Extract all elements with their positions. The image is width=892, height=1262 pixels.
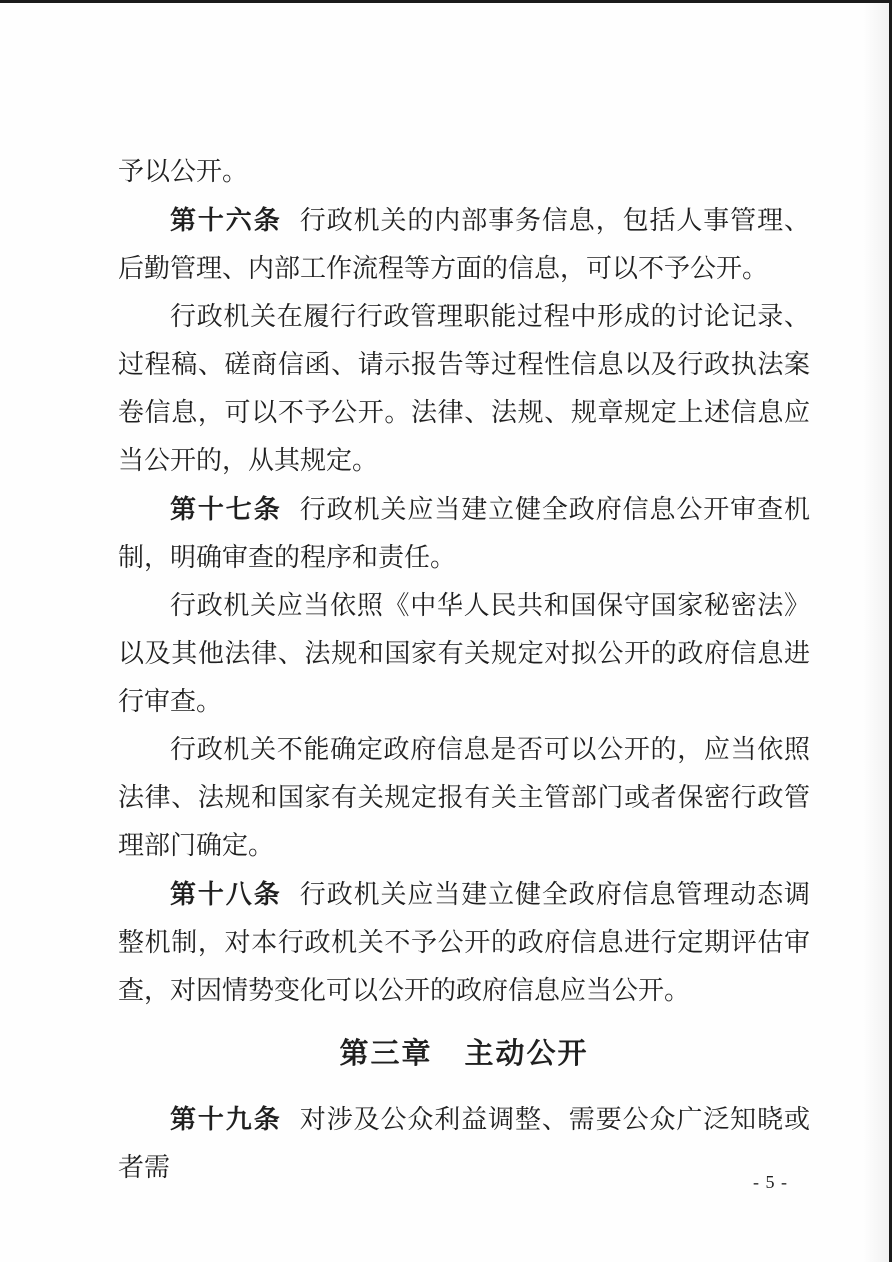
paragraph-secrecy-law: 行政机关应当依照《中华人民共和国保守国家秘密法》以及其他法律、法规和国家有关规定… [118,582,810,726]
paragraph-process-info: 行政机关在履行行政管理职能过程中形成的讨论记录、过程稿、磋商信函、请示报告等过程… [118,293,810,485]
article-19: 第十九条对涉及公众利益调整、需要公众广泛知晓或者需 [118,1095,810,1192]
scan-shade-right [863,0,889,1262]
page-number: - 5 - [753,1170,788,1194]
article-19-number: 第十九条 [170,1104,282,1134]
paragraph-continuation: 予以公开。 [118,148,810,196]
article-16: 第十六条行政机关的内部事务信息，包括人事管理、后勤管理、内部工作流程等方面的信息… [118,196,810,293]
article-18-number: 第十八条 [170,879,282,909]
chapter-3-title: 主动公开 [464,1038,588,1070]
article-16-number: 第十六条 [170,205,282,235]
article-18: 第十八条行政机关应当建立健全政府信息管理动态调整机制，对本行政机关不予公开的政府… [118,870,810,1015]
document-body: 予以公开。 第十六条行政机关的内部事务信息，包括人事管理、后勤管理、内部工作流程… [118,148,810,1192]
chapter-3-number: 第三章 [340,1038,433,1070]
paragraph-undetermined-info: 行政机关不能确定政府信息是否可以公开的，应当依照法律、法规和国家有关规定报有关主… [118,726,810,870]
chapter-3-heading: 第三章主动公开 [118,1029,810,1079]
scanned-page: 予以公开。 第十六条行政机关的内部事务信息，包括人事管理、后勤管理、内部工作流程… [0,0,892,1262]
scan-edge-top [0,0,892,3]
article-17: 第十七条行政机关应当建立健全政府信息公开审查机制，明确审查的程序和责任。 [118,485,810,582]
article-17-number: 第十七条 [170,494,282,524]
